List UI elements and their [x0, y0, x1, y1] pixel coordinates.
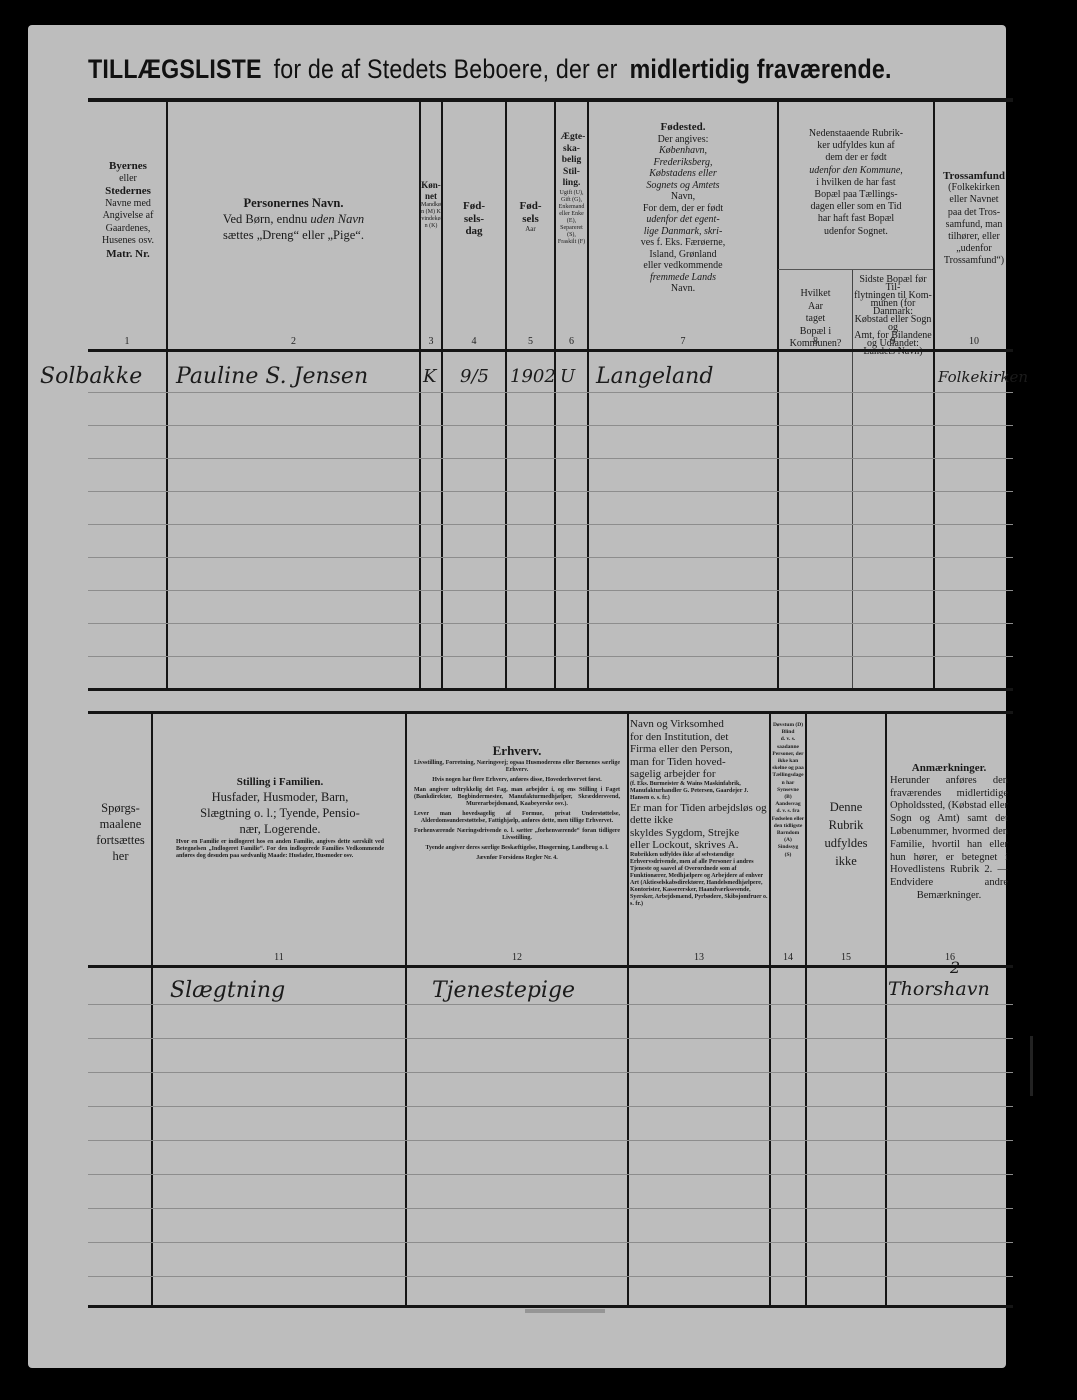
col13-header: Navn og Virksomhed for den Institution, …	[630, 718, 768, 908]
subheader-rule	[778, 269, 933, 270]
divider	[885, 714, 887, 1307]
col-number: 1	[88, 336, 166, 347]
col-number: 10	[935, 336, 1013, 347]
col2-header: Personernes Navn. Ved Børn, endnu uden N…	[168, 195, 419, 243]
col-number: 2	[168, 336, 419, 347]
col16-header: Anmærkninger. Herunder anføres den fravæ…	[890, 762, 1008, 903]
entry-marital-status[interactable]: U	[560, 366, 575, 387]
col-number: 9	[853, 336, 933, 347]
col7-header: Fødested. Der angives: København, Freder…	[589, 122, 777, 295]
entry-name[interactable]: Pauline S. Jensen	[176, 364, 368, 389]
entry-occupation[interactable]: Tjenestepige	[432, 978, 575, 1003]
title-bold-2: midlertidig fraværende.	[630, 54, 892, 84]
col15-header: Denne Rubrik udfyldes ikke	[807, 798, 885, 870]
title-rule	[88, 98, 1013, 102]
scan-edge-mark	[1030, 1036, 1033, 1096]
table-bottom-rule	[88, 688, 1013, 691]
entry-religion[interactable]: Folkekirken	[938, 368, 1028, 386]
col6-header: Ægte-ska-belig Stil-ling. Ugift (U), Gif…	[556, 132, 587, 246]
header-bottom-rule	[88, 965, 1013, 968]
col-number: 14	[771, 952, 805, 963]
col-number: 5	[507, 336, 554, 347]
table-bottom-rule	[88, 1305, 1013, 1308]
entry-birthplace[interactable]: Langeland	[596, 364, 713, 389]
title-middle: for de af Stedets Beboere, der er	[274, 54, 618, 84]
col-number: 12	[407, 952, 627, 963]
divider	[441, 102, 443, 690]
col-number: 13	[629, 952, 769, 963]
entry-remarks[interactable]: Thorshavn	[888, 978, 990, 1000]
col-number: 4	[443, 336, 505, 347]
col12-header: Erhverv. Livsstilling, Forretning, Nærin…	[414, 742, 620, 862]
col11-header: Stilling i Familien. Husfader, Husmoder,…	[160, 776, 400, 860]
col-number: 8	[779, 336, 852, 347]
col-number: 15	[807, 952, 885, 963]
entry-birth-day[interactable]: 9/5	[460, 366, 489, 387]
printer-imprint	[525, 1309, 605, 1313]
col8-9-group-header: Nedenstaaende Rubrik- ker udfyldes kun a…	[779, 128, 933, 238]
entry-sex[interactable]: K	[423, 366, 436, 387]
table-top-rule	[88, 711, 1013, 714]
col3-header: Køn-net Mandkøn (M) Kvindekøn (K)	[421, 180, 441, 230]
divider	[505, 102, 507, 690]
col-number: 3	[421, 336, 441, 347]
entry-family-position[interactable]: Slægtning	[170, 978, 285, 1003]
divider	[627, 714, 629, 1307]
entry-remarks-number[interactable]: 2	[950, 958, 960, 977]
divider	[166, 102, 168, 690]
col-number: 7	[589, 336, 777, 347]
continued-note: Spørgs- maalene fortsættes her	[90, 800, 151, 864]
col-number: 6	[556, 336, 587, 347]
col14-header: Døvstum (D) Blind d. v. s. saadanne Pers…	[771, 722, 805, 859]
col4-header: Fød-sels-dag	[443, 200, 505, 238]
entry-birth-year[interactable]: 1902	[510, 366, 556, 387]
col-number: 11	[153, 952, 405, 963]
title-bold-1: TILLÆGSLISTE	[88, 54, 262, 84]
col1-header: Byernes eller Stedernes Navne med Angive…	[90, 160, 166, 260]
entry-place[interactable]: Solbakke	[40, 364, 142, 389]
col10-header: Trossamfund (Folkekirken eller Navnet pa…	[935, 170, 1013, 268]
divider	[405, 714, 407, 1307]
divider	[151, 714, 153, 1307]
col5-header: Fød-sels Aar	[507, 200, 554, 234]
form-title: TILLÆGSLISTEfor de af Stedets Beboere, d…	[88, 54, 884, 94]
